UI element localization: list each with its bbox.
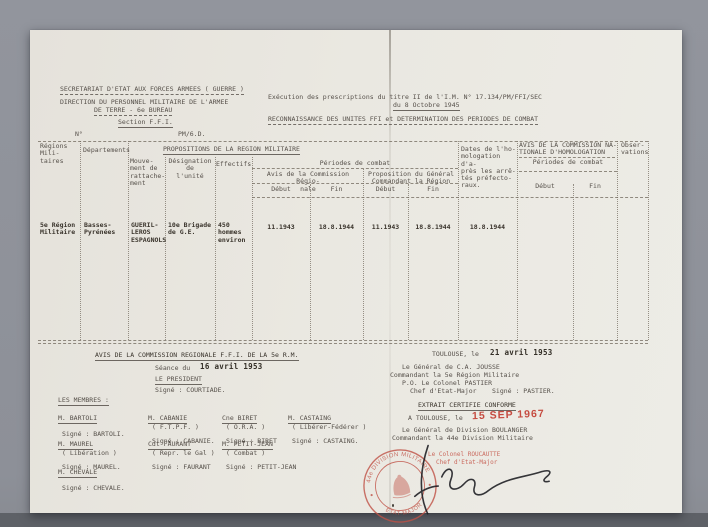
table-grid-line bbox=[573, 184, 574, 340]
table-grid-line bbox=[252, 168, 458, 169]
table-grid-line bbox=[215, 157, 216, 340]
col-header-effectifs: Effectifs bbox=[216, 161, 251, 168]
cell-proposition-debut: 11.1943 bbox=[363, 224, 408, 231]
extrait-place-label: A TOULOUSE, le bbox=[408, 415, 463, 422]
member-org: ( Repr. le Gal ) bbox=[148, 450, 215, 457]
document-page: SECRETARIAT D'ETAT AUX FORCES ARMEES ( G… bbox=[30, 30, 682, 513]
reference-code: PM/6.D. bbox=[178, 131, 205, 138]
col-header-designation: Désignation de l'unité bbox=[167, 158, 213, 180]
cell-designation: 10e Brigade de G.E. bbox=[168, 222, 214, 237]
col-header-debut: Début bbox=[363, 186, 408, 193]
member-signed: Signé : CHEVALE. bbox=[58, 485, 125, 492]
table-grid-line bbox=[310, 184, 311, 340]
signature-date: 21 avril 1953 bbox=[490, 348, 553, 357]
cell-region: 5e Région Militaire bbox=[40, 222, 82, 237]
paper-fold-crease bbox=[389, 30, 391, 513]
member-signed: Signé : CASTAING. bbox=[288, 438, 366, 445]
president-label: LE PRESIDENT bbox=[155, 376, 202, 385]
numero-label: N° bbox=[75, 131, 83, 138]
member-name: M. BARTOLI bbox=[58, 415, 97, 423]
table-grid-line bbox=[648, 141, 649, 340]
group-header-propositions: PROPOSITIONS DE LA REGION MILITAIRE bbox=[163, 146, 300, 155]
handwritten-signature bbox=[400, 435, 594, 525]
letterhead-bureau: DE TERRE - 6e BUREAU bbox=[94, 107, 172, 116]
col-header-observations: Obser- vations bbox=[621, 142, 651, 157]
member-org: ( Libération ) bbox=[58, 450, 121, 457]
table-grid-line bbox=[252, 157, 253, 340]
cell-avis-fin: 18.8.1944 bbox=[310, 224, 363, 231]
table-grid-line bbox=[517, 141, 518, 340]
president-signed: Signé : COURTIADE. bbox=[155, 387, 225, 394]
regional-commission-title: AVIS DE LA COMMISSION REGIONALE F.F.I. D… bbox=[95, 352, 299, 361]
seance-date: 16 avril 1953 bbox=[200, 362, 263, 371]
member-org: ( F.T.P.F. ) bbox=[148, 424, 215, 431]
member-org: ( Combat ) bbox=[222, 450, 296, 457]
letterhead-section-ffi: Section F.F.I. bbox=[118, 119, 173, 128]
member-block: Cdt FAURANT ( Repr. le Gal ) Signé : FAU… bbox=[148, 434, 215, 479]
date-stamp-15-sep-1967: 15 SEP 1967 bbox=[472, 408, 545, 423]
paper-speck bbox=[392, 504, 394, 507]
chef-etat-major-label: Chef d'Etat-Major bbox=[410, 388, 477, 395]
group-header-periodes-combat: Périodes de combat bbox=[252, 160, 458, 167]
table-grid-line bbox=[408, 184, 409, 340]
subgroup-header-periodes-combat: Périodes de combat bbox=[519, 159, 617, 166]
table-grid-line bbox=[617, 141, 618, 340]
table-grid-line bbox=[252, 197, 648, 198]
table-grid-line bbox=[519, 171, 617, 172]
member-block: M. CASTAING ( Libérer-Fédérer ) Signé : … bbox=[288, 408, 366, 453]
col-header-mouvement: Mouve- ment de rattache- ment bbox=[130, 158, 164, 187]
member-signed: Signé : PETIT-JEAN bbox=[222, 464, 296, 471]
subgroup-header-proposition-general: Proposition du Général Commandant la Rég… bbox=[366, 171, 456, 186]
table-grid-line bbox=[458, 141, 459, 340]
col-header-debut: Début bbox=[517, 183, 573, 190]
member-name: M. CHEVALE bbox=[58, 469, 97, 477]
table-grid-line bbox=[80, 141, 81, 340]
col-header-dates-homologation: Dates de l'ho- mologation d'a- près les … bbox=[461, 146, 517, 190]
col-header-debut: Début bbox=[252, 186, 310, 193]
table-grid-line bbox=[38, 343, 648, 344]
table-grid-line bbox=[165, 157, 166, 340]
cell-avis-debut: 11.1943 bbox=[252, 224, 310, 231]
seance-label: Séance du bbox=[155, 365, 190, 372]
table-grid-line bbox=[128, 141, 129, 340]
member-org: ( O.R.A. ) bbox=[222, 424, 277, 431]
instruction-date: du 8 Octobre 1945 bbox=[393, 102, 460, 111]
table-surface-shadow bbox=[0, 513, 708, 527]
members-label: LES MEMBRES : bbox=[58, 397, 109, 406]
col-header-fin: Fin bbox=[408, 186, 458, 193]
group-header-avis-nationale: AVIS DE LA COMMISSION NA- TIONALE D'HOMO… bbox=[519, 142, 617, 157]
member-block: M. CHEVALE Signé : CHEVALE. bbox=[58, 462, 125, 499]
col-header-fin: Fin bbox=[310, 186, 363, 193]
general-signed: Signé : PASTIER. bbox=[492, 388, 555, 395]
photo-of-document: SECRETARIAT D'ETAT AUX FORCES ARMEES ( G… bbox=[0, 0, 708, 527]
col-header-fin: Fin bbox=[573, 183, 617, 190]
col-header-departements: Départements bbox=[83, 147, 130, 154]
table-grid-line bbox=[38, 340, 648, 341]
table-grid-line bbox=[363, 169, 364, 340]
document-title: RECONNAISSANCE DES UNITES FFI et DETERMI… bbox=[268, 116, 538, 125]
cell-date-homologation: 18.8.1944 bbox=[458, 224, 517, 231]
member-block: M. PETIT-JEAN ( Combat ) Signé : PETIT-J… bbox=[222, 434, 296, 479]
cell-effectifs: 450 hommes environ bbox=[218, 222, 252, 244]
member-org: ( Libérer-Fédérer ) bbox=[288, 424, 366, 431]
cell-departement: Basses- Pyrénées bbox=[84, 222, 126, 237]
member-signed: Signé : FAURANT bbox=[148, 464, 215, 471]
cell-proposition-fin: 18.8.1944 bbox=[408, 224, 458, 231]
col-header-regions: Régions Mili- taires bbox=[40, 143, 80, 165]
letterhead-secretariat: SECRETARIAT D'ETAT AUX FORCES ARMEES ( G… bbox=[60, 86, 244, 95]
cell-mouvement: GUERIL- LEROS ESPAGNOLS bbox=[131, 222, 167, 244]
place-label: TOULOUSE, le bbox=[432, 351, 479, 358]
